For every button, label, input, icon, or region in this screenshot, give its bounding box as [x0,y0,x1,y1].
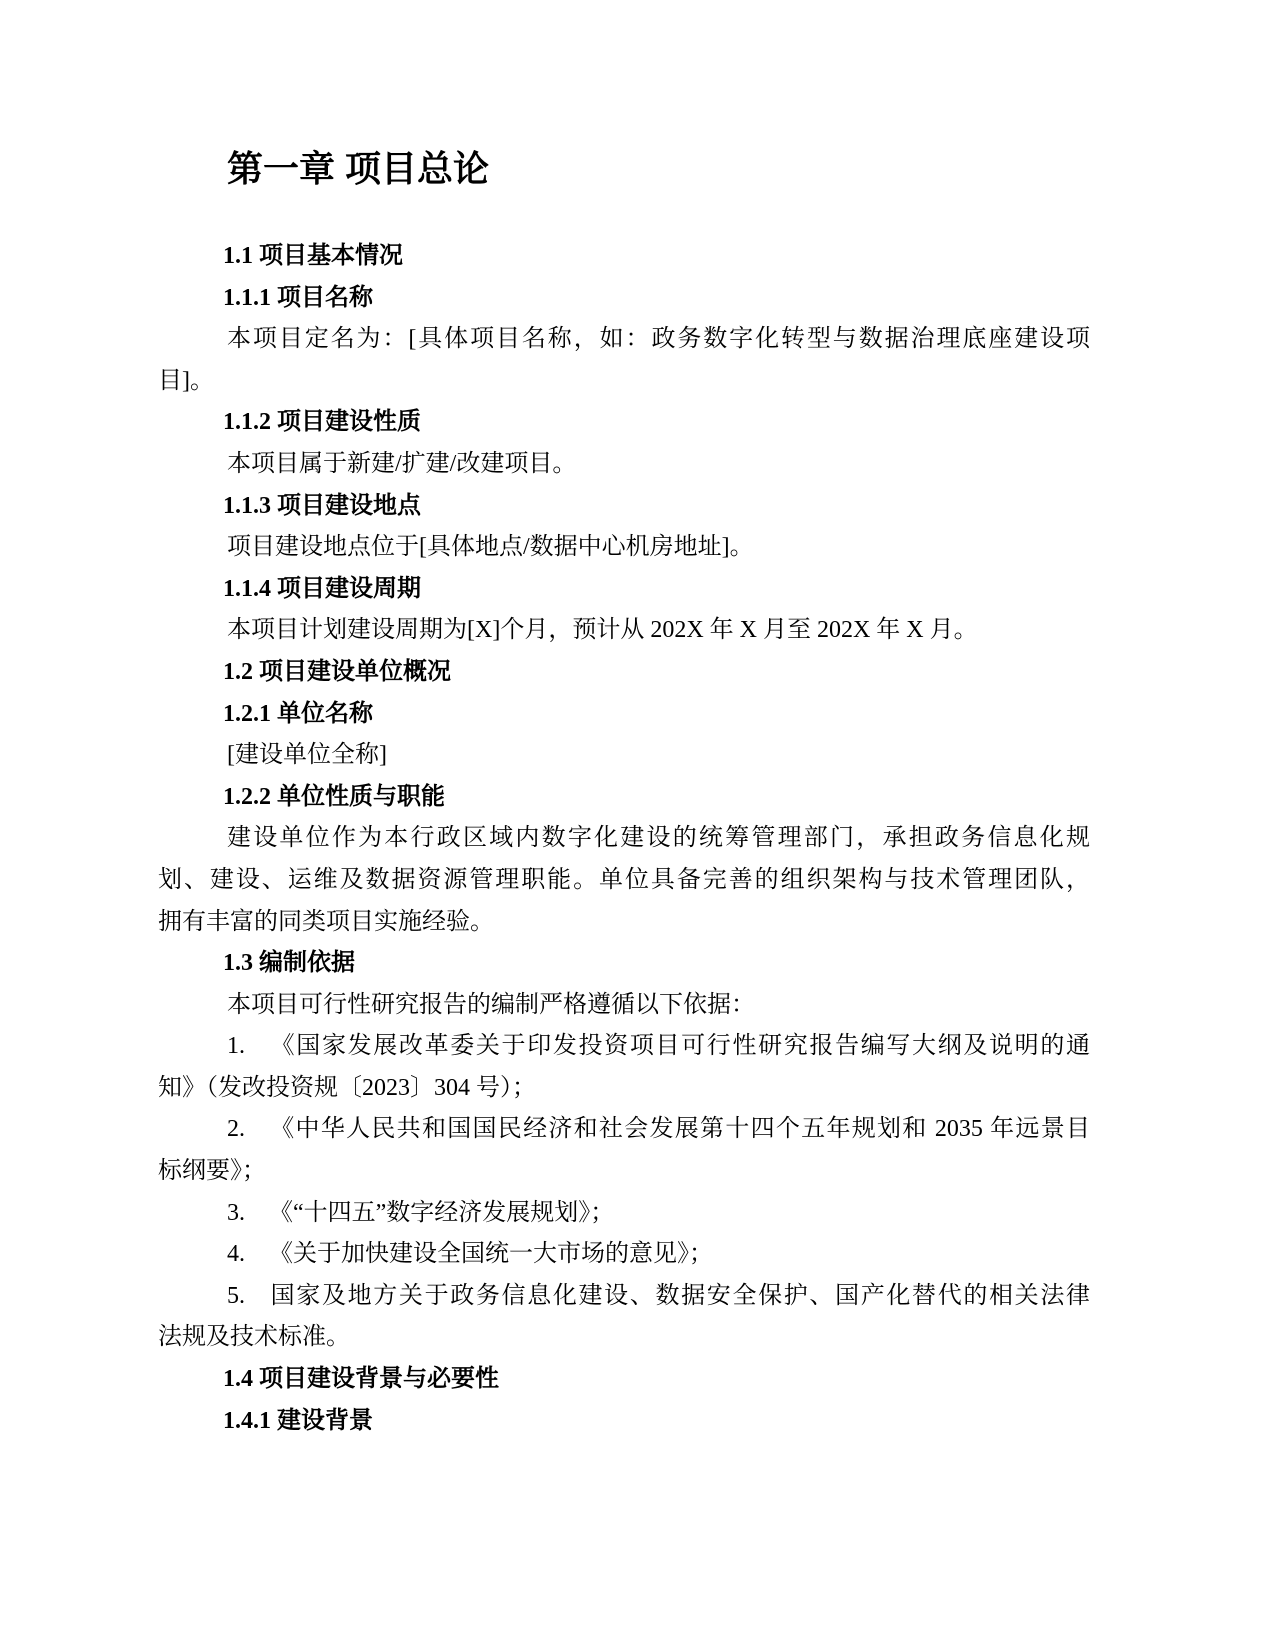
basis-item-5-line-1: 5. 国家及地方关于政务信息化建设、数据安全保护、国产化替代的相关法律 [158,1276,1090,1318]
construction-period-text: 本项目计划建设周期为[X]个月，预计从 202X 年 X 月至 202X 年 X… [158,610,1090,652]
project-name-text-line-2: 目]。 [158,361,1090,403]
construction-nature-text: 本项目属于新建/扩建/改建项目。 [158,444,1090,486]
basis-item-3: 3. 《“十四五”数字经济发展规划》； [158,1193,1090,1235]
heading-1-2-1: 1.2.1 单位名称 [158,694,1090,736]
heading-1-3: 1.3 编制依据 [158,943,1090,985]
basis-intro-text: 本项目可行性研究报告的编制严格遵循以下依据： [158,985,1090,1027]
basis-item-4: 4. 《关于加快建设全国统一大市场的意见》； [158,1234,1090,1276]
project-name-text-line-1: 本项目定名为：[具体项目名称，如：政务数字化转型与数据治理底座建设项 [158,319,1090,361]
heading-1-1-3: 1.1.3 项目建设地点 [158,486,1090,528]
unit-name-text: [建设单位全称] [158,735,1090,777]
heading-1-1-4: 1.1.4 项目建设周期 [158,569,1090,611]
heading-1-4: 1.4 项目建设背景与必要性 [158,1359,1090,1401]
construction-site-text: 项目建设地点位于[具体地点/数据中心机房地址]。 [158,527,1090,569]
unit-function-text-line-3: 拥有丰富的同类项目实施经验。 [158,902,1090,944]
unit-function-text-line-2: 划、建设、运维及数据资源管理职能。单位具备完善的组织架构与技术管理团队， [158,860,1090,902]
basis-item-1-line-2: 知》（发改投资规〔2023〕304 号）； [158,1068,1090,1110]
heading-1-1-2: 1.1.2 项目建设性质 [158,402,1090,444]
chapter-title: 第一章 项目总论 [227,146,1090,192]
heading-1-2: 1.2 项目建设单位概况 [158,652,1090,694]
heading-1-4-1: 1.4.1 建设背景 [158,1401,1090,1443]
unit-function-text-line-1: 建设单位作为本行政区域内数字化建设的统筹管理部门，承担政务信息化规 [158,818,1090,860]
heading-1-2-2: 1.2.2 单位性质与职能 [158,777,1090,819]
basis-item-1-line-1: 1. 《国家发展改革委关于印发投资项目可行性研究报告编写大纲及说明的通 [158,1026,1090,1068]
basis-item-2-line-2: 标纲要》； [158,1151,1090,1193]
heading-1-1: 1.1 项目基本情况 [158,236,1090,278]
document-page: 第一章 项目总论 1.1 项目基本情况 1.1.1 项目名称 本项目定名为：[具… [0,0,1275,1650]
basis-item-5-line-2: 法规及技术标准。 [158,1317,1090,1359]
basis-item-2-line-1: 2. 《中华人民共和国国民经济和社会发展第十四个五年规划和 2035 年远景目 [158,1109,1090,1151]
heading-1-1-1: 1.1.1 项目名称 [158,278,1090,320]
